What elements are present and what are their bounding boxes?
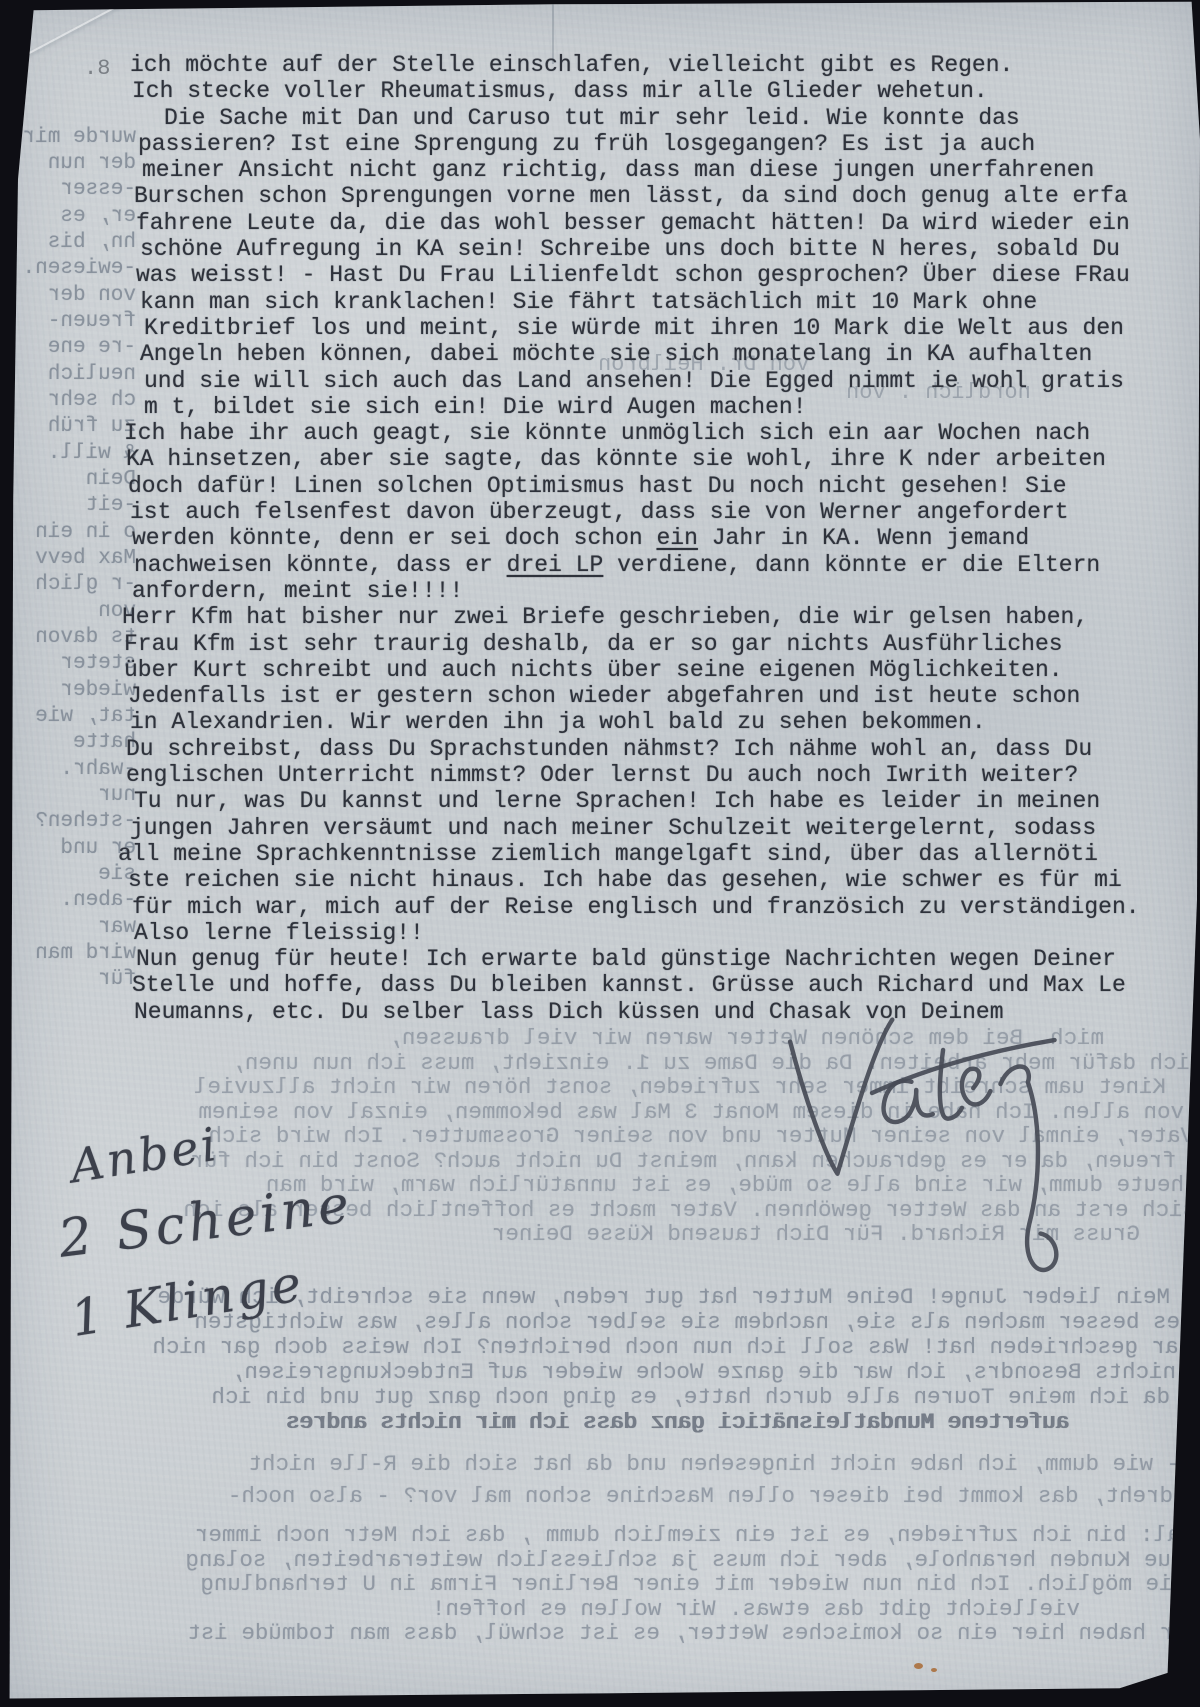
bleedthrough-fragment: wird man [4,942,136,965]
typed-line: passieren? Ist eine Sprengung zu früh lo… [118,131,1140,157]
typed-line: all meine Sprachkenntnisse ziemlich mang… [118,841,1140,867]
bleedthrough-fragment: nur [4,784,136,807]
bleedthrough-line: - wie dumm, ich habe nicht hingesehen un… [0,1448,1200,1480]
bleedthrough-line: -ar geschrieben hat! Was soll ich nun no… [0,1335,1200,1360]
typed-line: schöne Aufregung in KA sein! Schreibe un… [118,236,1140,262]
signature-stroke-r-tail [999,1065,1057,1272]
bleedthrough-line: da ich meine Touren alle durch hatte, es… [0,1385,1200,1410]
bleedthrough-block: - wie dumm, ich habe nicht hingesehen un… [0,1448,1200,1512]
rust-spot [931,1668,937,1672]
bleedthrough-fragment: von [4,600,136,623]
bleedthrough-fragment: steter [4,652,136,675]
bleedthrough-fragment: -ewiesen. [4,257,136,280]
bleedthrough-fragment: wieder [4,679,136,702]
bleedthrough-fragment: wurde mir [4,126,136,149]
letter-paper: von Dr. Heilbronnordlich . von wurde mir… [0,0,1200,1707]
typed-line: jungen Jahren versäumt und nach meiner S… [118,815,1140,841]
typed-line: ist auch felsenfest davon überzeugt, das… [118,499,1140,525]
typed-line: Die Sache mit Dan und Caruso tut mir seh… [118,105,1140,131]
typed-line: was weisst! - Hast Du Frau Lilienfeldt s… [118,262,1140,288]
stray-typed-mark: .8 [84,56,110,81]
typed-line: werden könnte, denn er sei doch schon ei… [118,525,1140,551]
vater-signature: Vater [755,947,1111,1349]
bleedthrough-line: nichts Besondrs, ich war die ganze Woche… [0,1360,1200,1385]
typed-line: englischen Unterricht nimmst? Oder lerns… [118,762,1140,788]
bleedthrough-line: mal: bin ich zufrieden, es ist ein zieml… [0,1523,1200,1548]
underlined-text: ein [657,525,698,551]
bleedthrough-fragment: -stehen? [4,810,136,833]
typed-line: Ich stecke voller Rheumatismus, dass mir… [118,78,1140,104]
bleedthrough-fragment: von der [4,284,136,307]
typed-line: Burschen schon Sprengungen vorne men läs… [118,183,1140,209]
typed-line: in Alexandrien. Wir werden ihn ja wohl b… [118,709,1140,735]
typed-line: Ich habe ihr auch geagt, sie könnte unmö… [118,420,1140,446]
bleedthrough-fragment: Dein [4,468,136,491]
bleedthrough-fragment: tat, wie [4,705,136,728]
rust-spot [914,1663,923,1669]
paper-crease-top-left [18,0,151,60]
bleedthrough-fragment: & will. [4,442,136,465]
signature-stroke-e [961,1068,991,1106]
typed-line: Du schreibst, dass Du Sprachstunden nähm… [118,736,1140,762]
typed-line: kann man sich kranklachen! Sie fährt tat… [118,289,1140,315]
bleedthrough-fragment: -eit [4,494,136,517]
typed-line: anfordern, meint sie!!!! [118,578,1140,604]
bleedthrough-fragment: -esser [4,178,136,201]
typed-line: fahrene Leute da, die das wohl besser ge… [118,210,1140,236]
typed-line: meiner Ansicht nicht ganz richtig, dass … [118,157,1140,183]
bleedthrough-fragment: zu früh [4,415,136,438]
bleedthrough-block: mal: bin ich zufrieden, es ist ein zieml… [0,1523,1200,1646]
typed-letter-body: ich möchte auf der Stelle einschlafen, v… [118,52,1140,1025]
bleedthrough-fragment: ch sehr [4,389,136,412]
typed-line: Angeln heben können, dabei möchte sie si… [118,341,1140,367]
typed-line: über Kurt schreibt und auch nichts über … [118,657,1140,683]
typed-line: Jedenfalls ist er gestern schon wieder a… [118,683,1140,709]
typed-line: Herr Kfm hat bisher nur zwei Briefe gesc… [118,604,1140,630]
bleedthrough-fragment: -r glich [4,573,136,596]
typed-line: doch dafür! Linen solchen Optimismus has… [118,473,1140,499]
typed-line: Also lerne fleissig!! [118,920,1140,946]
bleedthrough-fragment: Max bevv [4,547,136,570]
typed-line: Frau Kfm ist sehr traurig deshalb, da er… [118,631,1140,657]
bleedthrough-fragment: -wahr. [4,758,136,781]
underlined-text: drei LP [507,552,604,578]
bleedthrough-fragment: hn, bis [4,231,136,254]
bleedthrough-fragment: war [4,916,136,939]
bleedthrough-line: neue Kunden heranhole, aber ich muss ja … [0,1548,1200,1573]
bleedthrough-fragment: er, es [4,205,136,228]
typed-line: und sie will sich auch das Land ansehen!… [118,368,1140,394]
bleedthrough-fragment: freuen- [4,310,136,333]
scan-stage: von Dr. Heilbronnordlich . von wurde mir… [0,0,1200,1707]
bleedthrough-fragment: er und [4,837,136,860]
bleedthrough-line: wie möglich. Ich bin nun wieder mit eine… [0,1572,1200,1597]
bleedthrough-fragment: der nun [4,152,136,175]
typed-line: ste reichen sie nicht hinaus. Ich habe d… [118,867,1140,893]
bleedthrough-fragment: -aben. [4,889,136,912]
bleedthrough-fragment: ts davon [4,626,136,649]
bleedthrough-line: gedreht, das kommt bei dieser ollen Masc… [0,1480,1200,1512]
typed-line: ich möchte auf der Stelle einschlafen, v… [118,52,1140,78]
bleedthrough-line: Wir haben hier ein so komisches Wetter, … [0,1621,1200,1646]
bleedthrough-fragment: für [4,968,136,991]
bleedthrough-line: vielleicht gibt das etwas. Wir wollen es… [0,1597,1200,1622]
bleedthrough-line: aufertene Mundatleisnätici ganz dass ich… [0,1410,1200,1435]
typed-line: Kreditbrief los und meint, sie würde mit… [118,315,1140,341]
typed-line: m t, bildet sie sich ein! Die wird Augen… [118,394,1140,420]
typed-line: Tu nur, was Du kannst und lerne Sprachen… [118,788,1140,814]
bleedthrough-fragment: hatte [4,731,136,754]
bleedthrough-fragment: o in ein [4,521,136,544]
bleedthrough-fragment: sie [4,863,136,886]
bleedthrough-fragment: -re ene [4,336,136,359]
typed-line: nachweisen könnte, dass er drei LP verdi… [118,552,1140,578]
typed-line: für mich war, mich auf der Reise englisc… [118,894,1140,920]
bleedthrough-fragment: neulich [4,363,136,386]
typed-line: KA hinsetzen, aber sie sagte, das könnte… [118,446,1140,472]
